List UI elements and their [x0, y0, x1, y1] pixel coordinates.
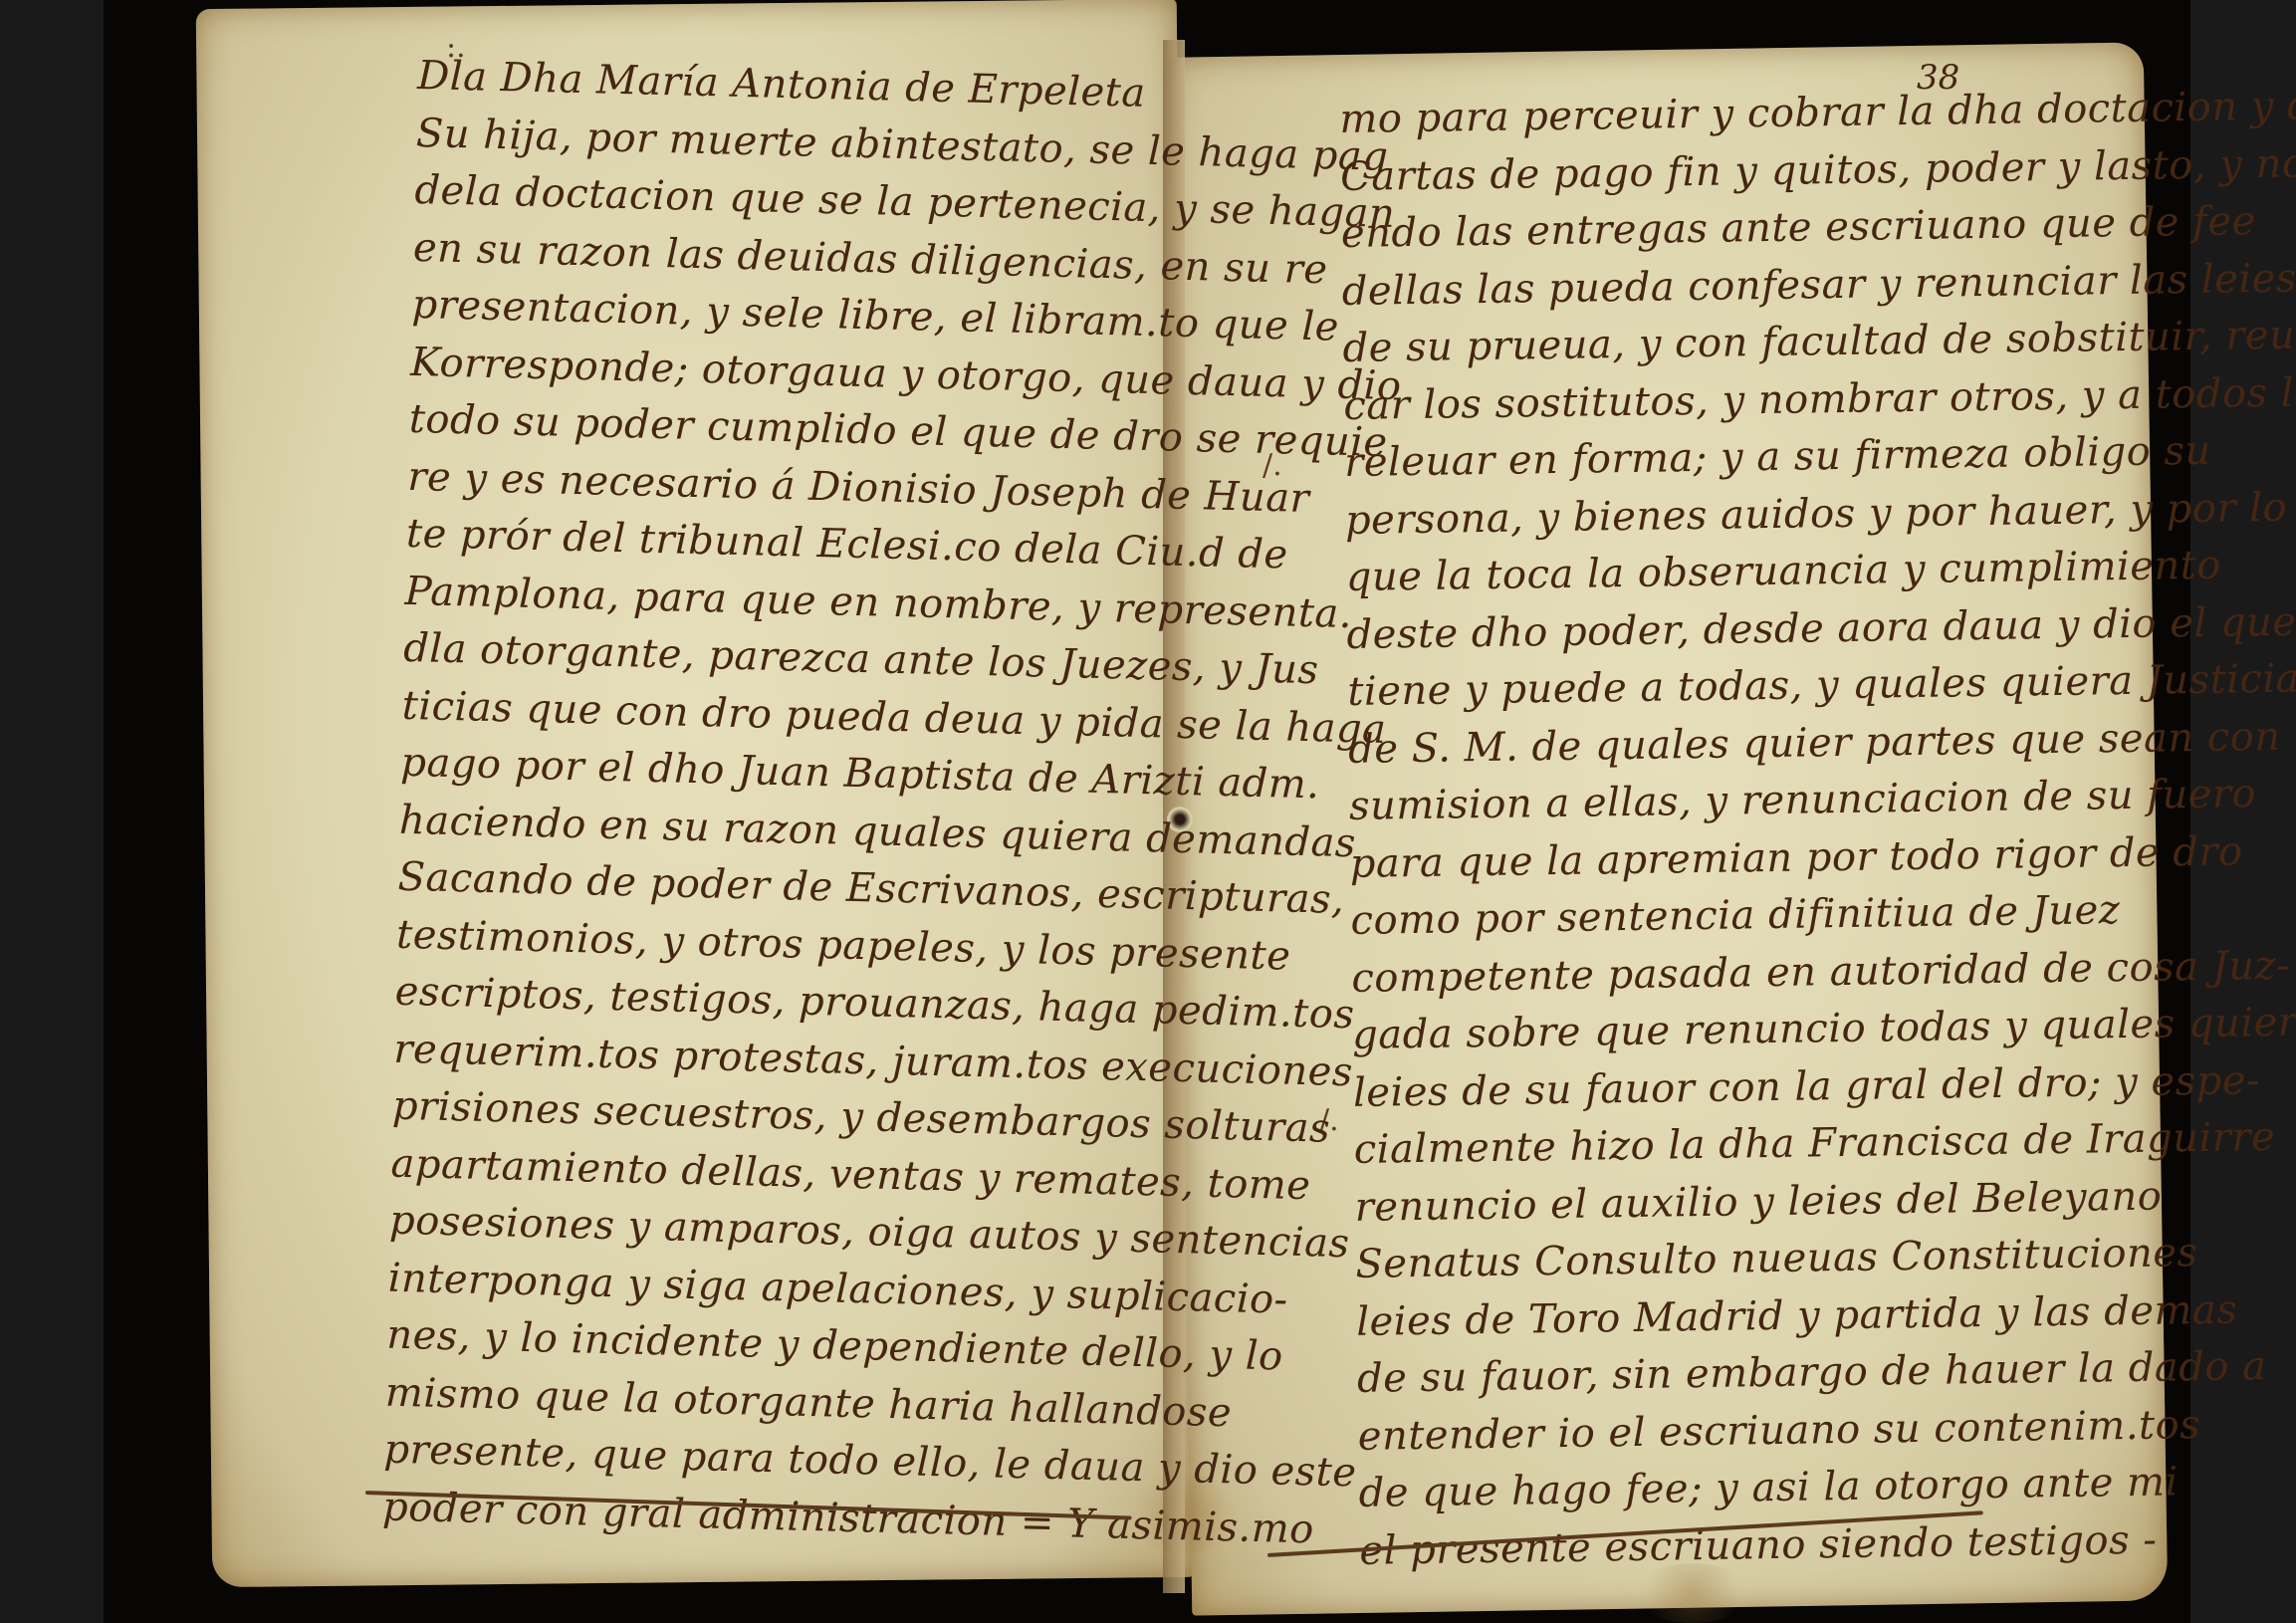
- scan-frame-left: [0, 0, 104, 1623]
- right-page-text: mo para perceuir y cobrar la dha doctaci…: [1339, 78, 2296, 1580]
- left-page-text: Dla Dha María Antonia de Erpeleta Su hij…: [381, 48, 1409, 1560]
